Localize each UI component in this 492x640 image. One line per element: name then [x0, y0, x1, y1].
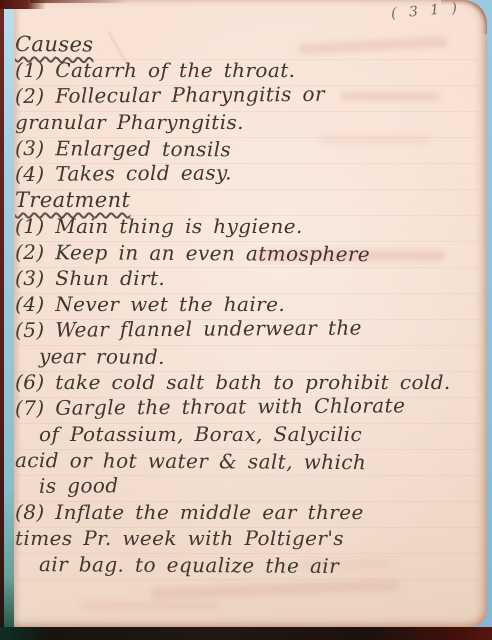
- page-edge-shadow: [14, 0, 21, 627]
- manuscript-line: air bag. to equalize the air: [15, 551, 473, 580]
- manuscript-line: (8) Inflate the middle ear three: [15, 499, 473, 525]
- manuscript-line: is good: [15, 470, 473, 499]
- manuscript-line: of Potassium, Borax, Salycilic: [15, 421, 473, 447]
- heading-text: Treatment: [15, 188, 130, 212]
- cover-edge-line: [30, 0, 130, 3]
- manuscript-line: (2) Follecular Pharyngitis or: [15, 80, 473, 109]
- manuscript-line: (6) take cold salt bath to prohibit cold…: [15, 369, 473, 395]
- manuscript-line: (5) Wear flannel underwear the: [15, 314, 473, 343]
- manuscript-line: granular Pharyngitis.: [15, 109, 473, 135]
- book-bottom-edge: [0, 627, 492, 640]
- section-heading-treatment: Treatment: [15, 187, 473, 213]
- notebook-page: ( 3 1 ) Causes (1) Catarrh of the throat…: [0, 0, 487, 627]
- manuscript-line: year round.: [15, 343, 473, 372]
- manuscript-line: times Pr. week with Poltiger's: [15, 525, 473, 551]
- heading-text: Causes: [15, 32, 94, 56]
- manuscript-line: (1) Main thing is hygiene.: [15, 213, 473, 239]
- manuscript-text: Causes (1) Catarrh of the throat. (2) Fo…: [15, 31, 473, 577]
- bleed-through-smudge: [150, 580, 400, 600]
- notebook-photo: ( 3 1 ) Causes (1) Catarrh of the throat…: [0, 0, 492, 640]
- manuscript-line: (3) Shun dirt.: [15, 265, 473, 291]
- manuscript-line: (4) Never wet the haire.: [15, 291, 473, 317]
- manuscript-line: (4) Takes cold easy.: [15, 158, 473, 187]
- bleed-through-smudge: [80, 602, 220, 610]
- page-corner-shading: [441, 0, 487, 34]
- manuscript-line: (2) Keep in an even atmosphere: [15, 239, 473, 268]
- section-heading-causes: Causes: [15, 31, 473, 60]
- manuscript-line: (1) Catarrh of the throat.: [15, 57, 473, 83]
- manuscript-line: (7) Gargle the throat with Chlorate: [15, 392, 473, 421]
- page-stack-edge: [4, 0, 14, 627]
